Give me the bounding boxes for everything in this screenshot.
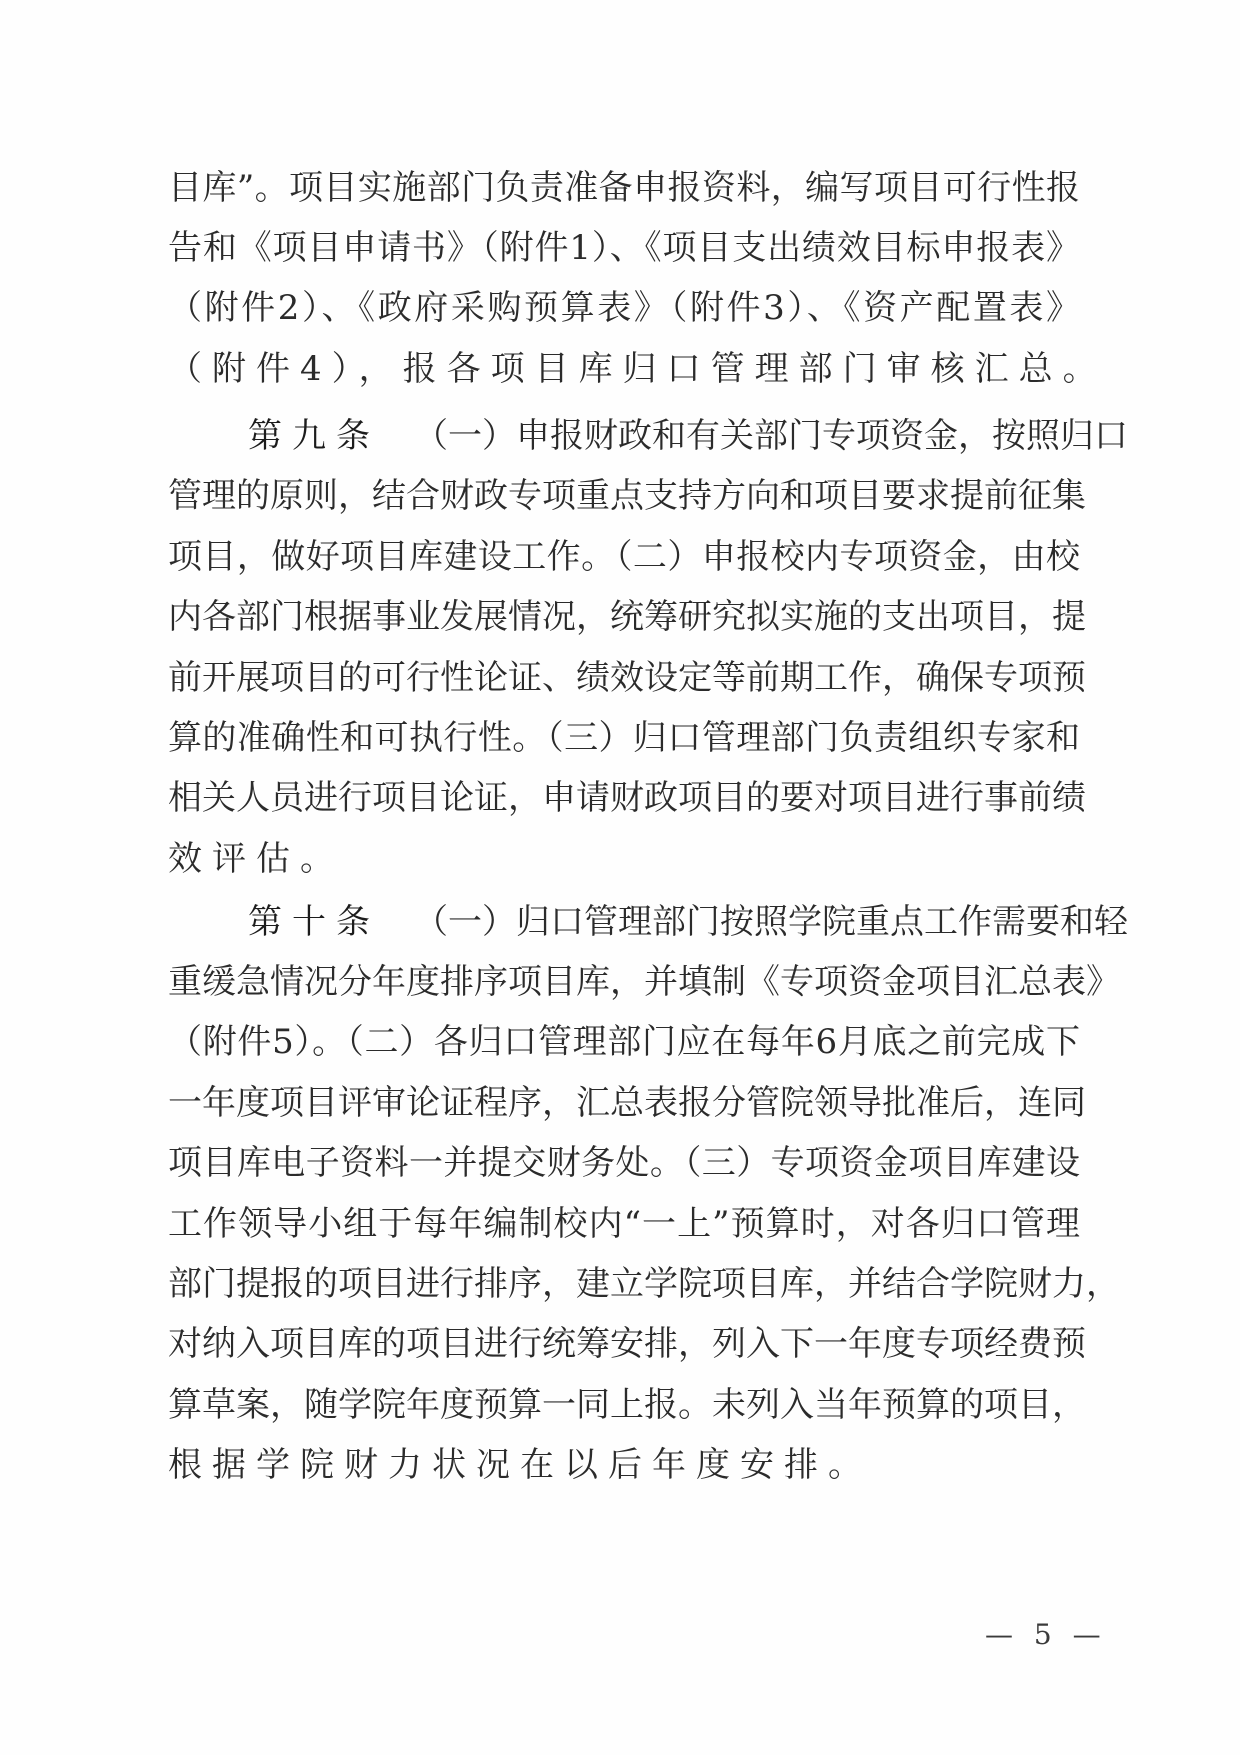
- article-10-heading: 第十条: [248, 894, 380, 950]
- page-number: — 5 —: [985, 1618, 1107, 1651]
- paragraph-1-line-3: （附件2）、《政府采购预算表》（附件3）、《资产配置表》: [168, 280, 1080, 336]
- article-9-line-6: 算的准确性和可执行性。（三）归口管理部门负责组织专家和: [168, 710, 1080, 766]
- article-9-line-3: 项目，做好项目库建设工作。（二）申报校内专项资金，由校: [168, 529, 1080, 585]
- article-9-heading: 第九条: [248, 408, 380, 464]
- paragraph-1-line-2: 告和《项目申请书》（附件1）、《项目支出绩效目标申报表》: [168, 220, 1080, 276]
- article-10-line-10: 根据学院财力状况在以后年度安排。: [168, 1437, 1080, 1493]
- article-10-line-7: 部门提报的项目进行排序，建立学院项目库，并结合学院财力，: [168, 1256, 1080, 1312]
- paragraph-1-line-4: （附件4），报各项目库归口管理部门审核汇总。: [168, 341, 1080, 397]
- article-10-line-8: 对纳入项目库的项目进行统筹安排，列入下一年度专项经费预: [168, 1316, 1080, 1372]
- article-10-line-4: 一年度项目评审论证程序，汇总表报分管院领导批准后，连同: [168, 1075, 1080, 1131]
- article-9-first-line: 第九条 （一）申报财政和有关部门专项资金，按照归口: [248, 408, 1080, 464]
- paragraph-1-line-1: 目库”。项目实施部门负责准备申报资料，编写项目可行性报: [168, 160, 1080, 216]
- document-page: 目库”。项目实施部门负责准备申报资料，编写项目可行性报 告和《项目申请书》（附件…: [0, 0, 1240, 1755]
- article-9-line-8: 效评估。: [168, 831, 1080, 887]
- article-10-line-2: 重缓急情况分年度排序项目库，并填制《专项资金项目汇总表》: [168, 954, 1080, 1010]
- article-10-line-9: 算草案，随学院年度预算一同上报。未列入当年预算的项目，: [168, 1377, 1080, 1433]
- article-9-line-7: 相关人员进行项目论证，申请财政项目的要对项目进行事前绩: [168, 770, 1080, 826]
- article-9-line-5: 前开展项目的可行性论证、绩效设定等前期工作，确保专项预: [168, 650, 1080, 706]
- article-10-first-line: 第十条 （一）归口管理部门按照学院重点工作需要和轻: [248, 894, 1080, 950]
- article-9-line-1: （一）申报财政和有关部门专项资金，按照归口: [414, 408, 1128, 464]
- article-10-line-6: 工作领导小组于每年编制校内“一上”预算时，对各归口管理: [168, 1196, 1080, 1252]
- article-10-line-3: （附件5）。（二）各归口管理部门应在每年6月底之前完成下: [168, 1014, 1080, 1070]
- article-9-line-4: 内各部门根据事业发展情况，统筹研究拟实施的支出项目，提: [168, 589, 1080, 645]
- article-10-line-5: 项目库电子资料一并提交财务处。（三）专项资金项目库建设: [168, 1135, 1080, 1191]
- article-9-line-2: 管理的原则，结合财政专项重点支持方向和项目要求提前征集: [168, 468, 1080, 524]
- article-10-line-1: （一）归口管理部门按照学院重点工作需要和轻: [414, 894, 1128, 950]
